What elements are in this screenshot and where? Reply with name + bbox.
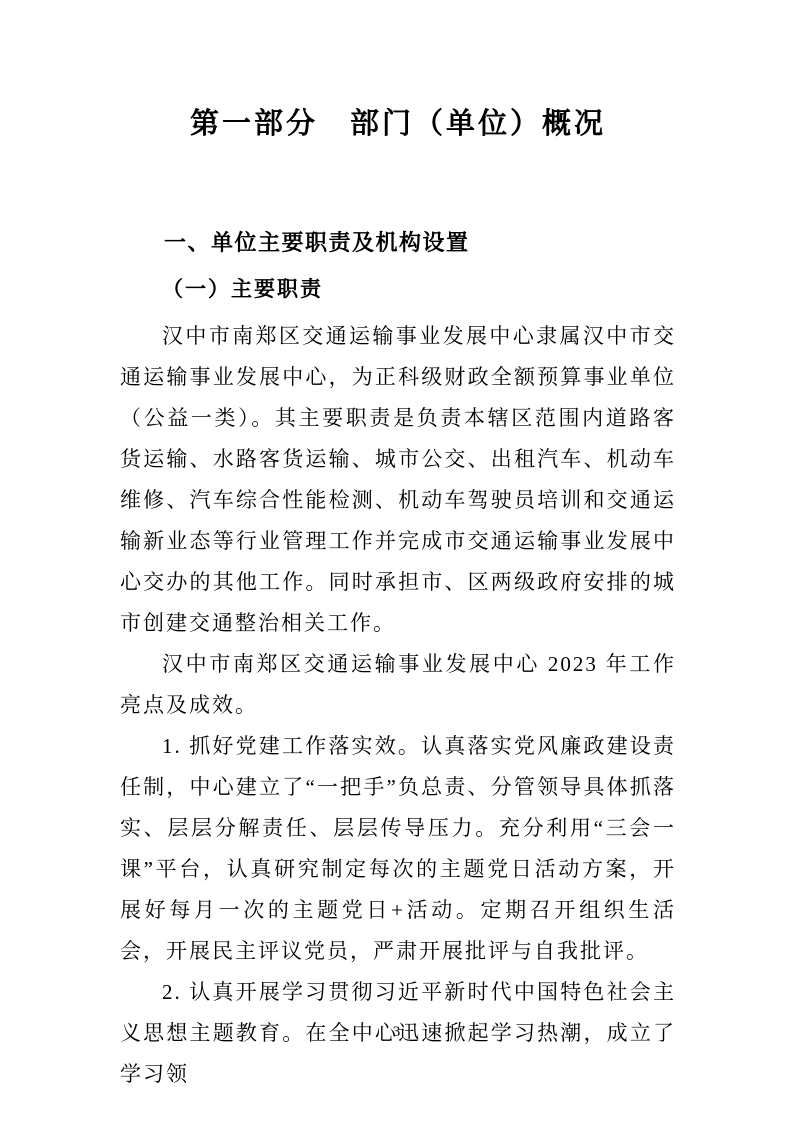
page-number: 3 [0,1022,793,1042]
paragraph-party-building: 1. 抓好党建工作落实效。认真落实党风廉政建设责任制，中心建立了“一把手”负总责… [120,726,676,972]
paragraph-main-duties: 汉中市南郑区交通运输事业发展中心隶属汉中市交通运输事业发展中心，为正科级财政全额… [120,316,676,644]
body-text: 汉中市南郑区交通运输事业发展中心隶属汉中市交通运输事业发展中心，为正科级财政全额… [120,316,676,1095]
document-title: 第一部分 部门（单位）概况 [120,102,676,146]
document-page: 第一部分 部门（单位）概况 一、单位主要职责及机构设置 （一）主要职责 汉中市南… [0,0,793,1122]
paragraph-2023-highlights-intro: 汉中市南郑区交通运输事业发展中心 2023 年工作亮点及成效。 [120,644,676,726]
page-content: 第一部分 部门（单位）概况 一、单位主要职责及机构设置 （一）主要职责 汉中市南… [0,102,793,1095]
section-heading: 一、单位主要职责及机构设置 [120,228,676,258]
subsection-heading: （一）主要职责 [120,274,676,304]
